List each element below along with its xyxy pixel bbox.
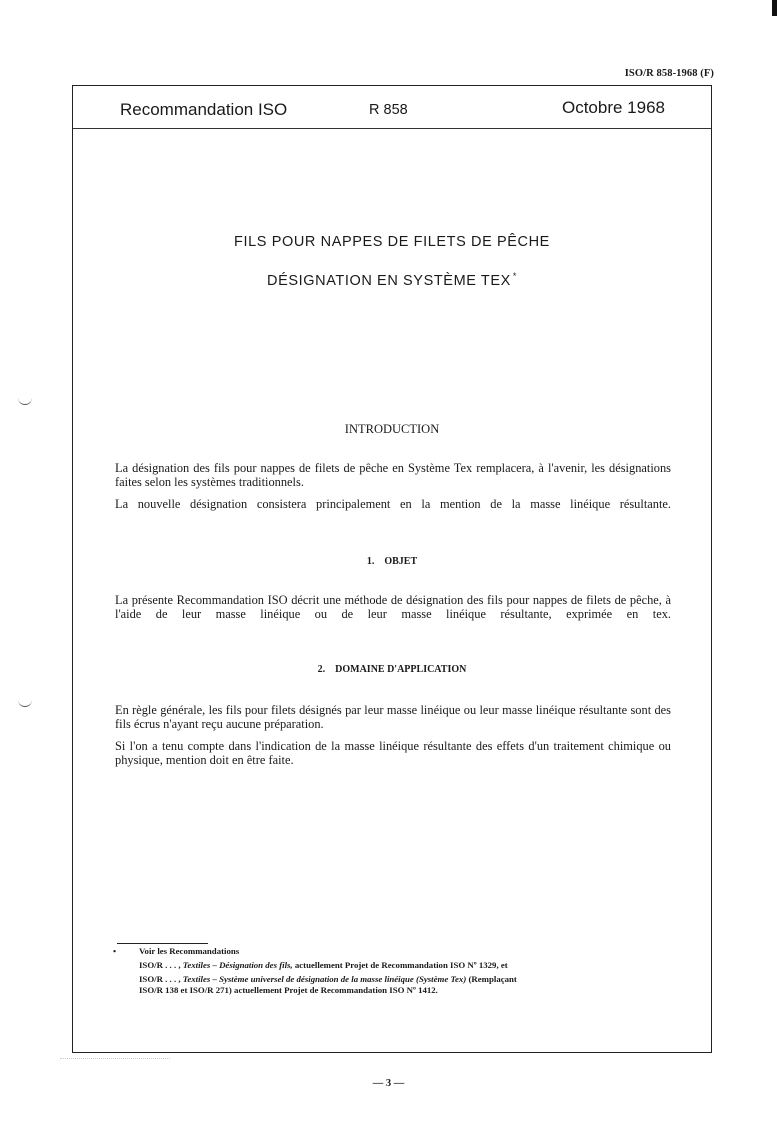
introduction-heading: INTRODUCTION: [73, 422, 711, 437]
binding-hole-mark: [18, 398, 32, 405]
introduction-paragraph-2: La nouvelle désignation consistera princ…: [115, 498, 671, 512]
scan-artifact: [60, 1058, 170, 1059]
footnote-bullet: •: [113, 946, 116, 957]
footnote-reference-1: ISO/R . . . , Textiles – Désignation des…: [113, 960, 673, 971]
section-2-title: DOMAINE D'APPLICATION: [335, 664, 466, 675]
scan-edge-mark: [772, 0, 777, 16]
footnote-reference-2: ISO/R . . . , Textiles – Système univers…: [113, 974, 673, 996]
section-1-title: OBJET: [384, 556, 417, 567]
ref2-line-2: ISO/R 138 et ISO/R 271) actuellement Pro…: [139, 985, 673, 996]
introduction-paragraph-1: La désignation des fils pour nappes de f…: [115, 462, 671, 489]
document-reference: ISO/R 858-1968 (F): [625, 68, 714, 79]
title-line-1: FILS POUR NAPPES DE FILETS DE PÊCHE: [73, 234, 711, 271]
header-recommendation-label: Recommandation ISO: [120, 100, 287, 120]
ref2-title: Textiles – Système universel de désignat…: [183, 974, 467, 984]
ref1-suffix: actuellement Projet de Recommandation IS…: [293, 960, 508, 970]
title-line-2-text: DÉSIGNATION EN SYSTÈME TEX: [267, 273, 511, 289]
header-standard-number: R 858: [369, 102, 408, 118]
ref1-title: Textiles – Désignation des fils,: [183, 960, 293, 970]
ref2-suffix: (Remplaçant: [466, 974, 517, 984]
footnote-intro: Voir les Recommandations: [113, 946, 673, 957]
ref1-prefix: ISO/R . . . ,: [139, 960, 183, 970]
page-frame: Recommandation ISO R 858 Octobre 1968 FI…: [72, 85, 712, 1053]
section-2-heading: 2. DOMAINE D'APPLICATION: [73, 664, 711, 675]
section-1-heading: 1. OBJET: [73, 556, 711, 567]
section-2-paragraph-1: En règle générale, les fils pour filets …: [115, 704, 671, 731]
page-number: — 3 —: [0, 1078, 777, 1089]
section-2-number: 2.: [318, 664, 326, 675]
title-line-2: DÉSIGNATION EN SYSTÈME TEX*: [73, 271, 711, 308]
section-2-paragraph-2: Si l'on a tenu compte dans l'indication …: [115, 740, 671, 767]
ref2-prefix: ISO/R . . . ,: [139, 974, 183, 984]
section-1-number: 1.: [367, 556, 375, 567]
footnote: • Voir les Recommandations ISO/R . . . ,…: [113, 946, 673, 996]
footnote-marker: *: [513, 271, 517, 281]
footnote-separator: [117, 943, 208, 944]
header-date: Octobre 1968: [562, 98, 665, 118]
document-title: FILS POUR NAPPES DE FILETS DE PÊCHE DÉSI…: [73, 234, 711, 308]
binding-hole-mark: [18, 700, 32, 707]
section-1-paragraph-1: La présente Recommandation ISO décrit un…: [115, 594, 671, 621]
header-row: Recommandation ISO R 858 Octobre 1968: [73, 86, 711, 129]
